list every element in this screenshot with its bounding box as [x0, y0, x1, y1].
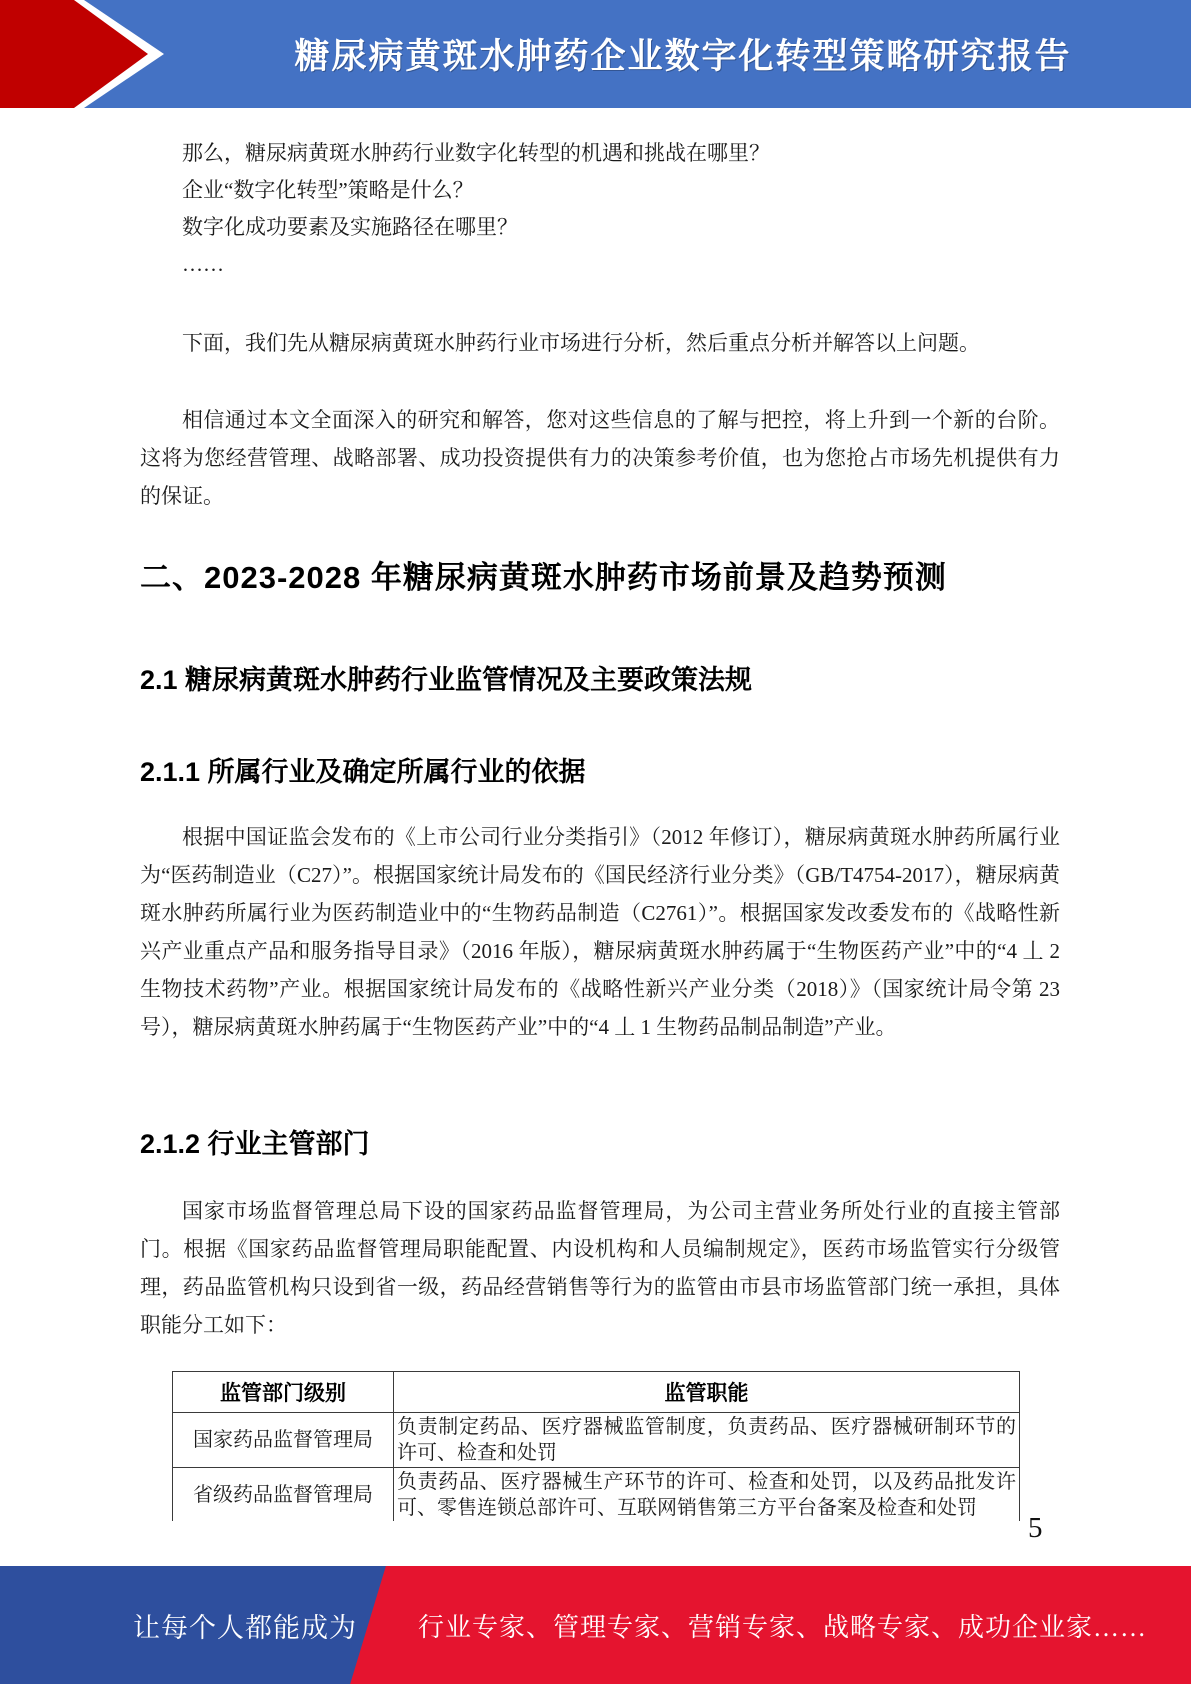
intro-questions: 那么，糖尿病黄斑水肿药行业数字化转型的机遇和挑战在哪里？ 企业“数字化转型”策略…: [140, 135, 1060, 283]
question-line: 企业“数字化转型”策略是什么？: [140, 172, 1060, 209]
ellipsis-line: ……: [140, 246, 1060, 283]
table-cell-level: 国家药品监督管理局: [173, 1413, 394, 1468]
right-arrow-icon: [0, 0, 148, 108]
paragraph-text: 根据中国证监会发布的《上市公司行业分类指引》（2012 年修订），糖尿病黄斑水肿…: [140, 818, 1060, 1046]
report-page: { "colors":{ "banner_blue":"#4472C4", "a…: [0, 0, 1191, 1684]
paragraph-text: 相信通过本文全面深入的研究和解答，您对这些信息的了解与把控，将上升到一个新的台阶…: [140, 401, 1060, 515]
section-heading-2-1-2: 2.1.2 行业主管部门: [140, 1122, 1080, 1161]
question-line: 那么，糖尿病黄斑水肿药行业数字化转型的机遇和挑战在哪里？: [140, 135, 1060, 172]
paragraph-next: 下面，我们先从糖尿病黄斑水肿药行业市场进行分析，然后重点分析并解答以上问题。: [140, 324, 1060, 362]
table-row: 省级药品监督管理局 负责药品、医疗器械生产环节的许可、检查和处罚，以及药品批发许…: [173, 1468, 1020, 1522]
question-line: 数字化成功要素及实施路径在哪里？: [140, 209, 1060, 246]
footer-banner: 让每个人都能成为 行业专家、管理专家、营销专家、战略专家、成功企业家……: [0, 1566, 1191, 1684]
page-number: 5: [1028, 1512, 1043, 1545]
table-cell-level: 省级药品监督管理局: [173, 1468, 394, 1522]
table-row: 国家药品监督管理局 负责制定药品、医疗器械监管制度，负责药品、医疗器械研制环节的…: [173, 1413, 1020, 1468]
table-cell-duty: 负责制定药品、医疗器械监管制度，负责药品、医疗器械研制环节的许可、检查和处罚: [394, 1413, 1020, 1468]
footer-slogan-right: 行业专家、管理专家、营销专家、战略专家、成功企业家……: [418, 1566, 1147, 1684]
table-header-duty: 监管职能: [394, 1372, 1020, 1413]
regulator-table-wrapper: 监管部门级别 监管职能 国家药品监督管理局 负责制定药品、医疗器械监管制度，负责…: [172, 1371, 1020, 1521]
header-banner: 糖尿病黄斑水肿药企业数字化转型策略研究报告: [0, 0, 1191, 108]
footer-slogan-left: 让每个人都能成为: [133, 1566, 357, 1684]
paragraph-industry: 根据中国证监会发布的《上市公司行业分类指引》（2012 年修订），糖尿病黄斑水肿…: [140, 818, 1060, 1046]
paragraph-regulator: 国家市场监督管理总局下设的国家药品监督管理局，为公司主营业务所处行业的直接主管部…: [140, 1192, 1060, 1344]
regulator-table: 监管部门级别 监管职能 国家药品监督管理局 负责制定药品、医疗器械监管制度，负责…: [172, 1371, 1020, 1521]
section-heading-2-1: 2.1 糖尿病黄斑水肿药行业监管情况及主要政策法规: [140, 658, 1080, 697]
section-heading-2-1-1: 2.1.1 所属行业及确定所属行业的依据: [140, 750, 1080, 789]
table-header-level: 监管部门级别: [173, 1372, 394, 1413]
table-cell-duty: 负责药品、医疗器械生产环节的许可、检查和处罚，以及药品批发许可、零售连锁总部许可…: [394, 1468, 1020, 1522]
section-heading-2: 二、2023-2028 年糖尿病黄斑水肿药市场前景及趋势预测: [140, 552, 1080, 597]
paragraph-believe: 相信通过本文全面深入的研究和解答，您对这些信息的了解与把控，将上升到一个新的台阶…: [140, 401, 1060, 515]
table-header-row: 监管部门级别 监管职能: [173, 1372, 1020, 1413]
paragraph-text: 下面，我们先从糖尿病黄斑水肿药行业市场进行分析，然后重点分析并解答以上问题。: [140, 324, 1060, 362]
paragraph-text: 国家市场监督管理总局下设的国家药品监督管理局，为公司主营业务所处行业的直接主管部…: [140, 1192, 1060, 1344]
report-title: 糖尿病黄斑水肿药企业数字化转型策略研究报告: [185, 0, 1181, 108]
